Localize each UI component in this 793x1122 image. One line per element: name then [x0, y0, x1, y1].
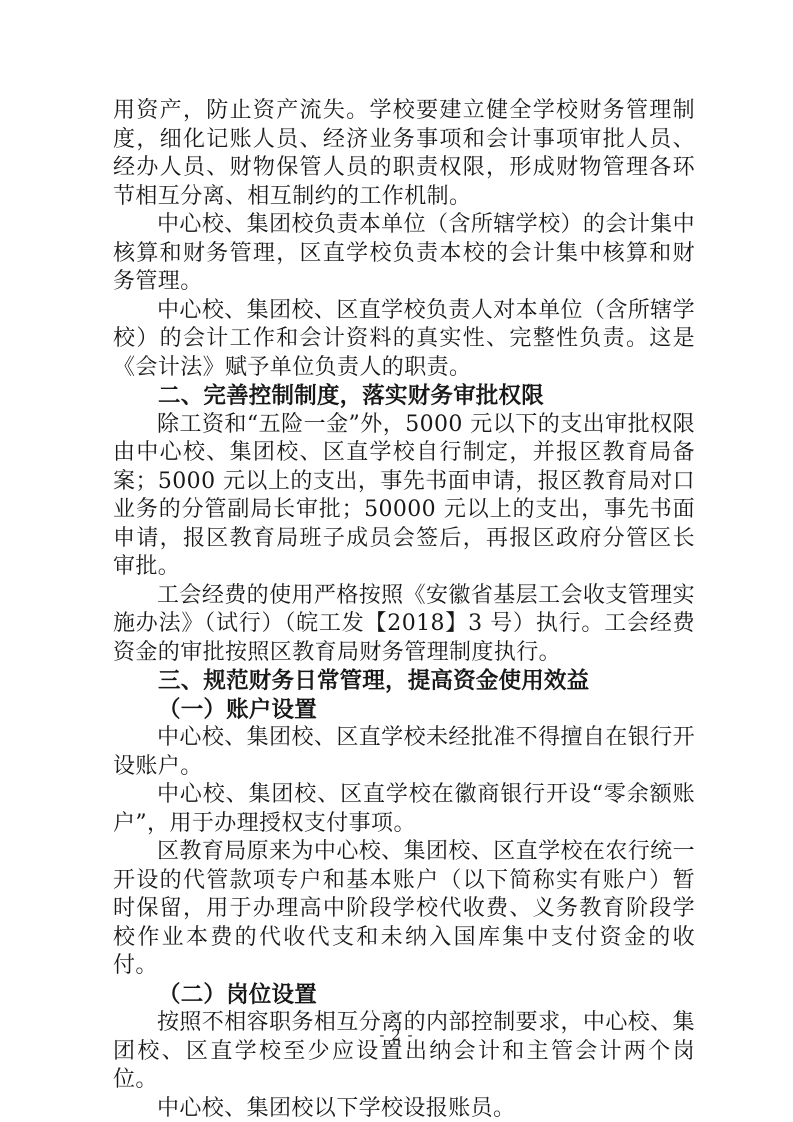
paragraph-approval-limits: 除工资和“五险一金”外，5000 元以下的支出审批权限由中心校、集团校、区直学校…: [113, 411, 695, 582]
heading-subsection-position-setup: （二）岗位设置: [113, 981, 695, 1010]
paragraph-existing-accounts: 区教育局原来为中心校、集团校、区直学校在农行统一开设的代管款项专户和基本账户（以…: [113, 838, 695, 981]
paragraph-zero-balance-account: 中心校、集团校、区直学校在徽商银行开设“零余额账户”，用于办理授权支付事项。: [113, 781, 695, 838]
document-body: 用资产，防止资产流失。学校要建立健全学校财务管理制度，细化记账人员、经济业务事项…: [113, 97, 695, 1122]
paragraph-position-requirements: 按照不相容职务相互分离的内部控制要求，中心校、集团校、区直学校至少应设置出纳会计…: [113, 1009, 695, 1095]
paragraph-asset-protection: 用资产，防止资产流失。学校要建立健全学校财务管理制度，细化记账人员、经济业务事项…: [113, 97, 695, 211]
heading-section-2: 二、完善控制制度，落实财务审批权限: [113, 382, 695, 411]
paragraph-union-funds: 工会经费的使用严格按照《安徽省基层工会收支管理实施办法》（试行）（皖工发【201…: [113, 582, 695, 668]
paragraph-leader-responsibility: 中心校、集团校、区直学校负责人对本单位（含所辖学校）的会计工作和会计资料的真实性…: [113, 297, 695, 383]
paragraph-bank-account-rule: 中心校、集团校、区直学校未经批准不得擅自在银行开设账户。: [113, 724, 695, 781]
heading-subsection-account-setup: （一）账户设置: [113, 696, 695, 725]
document-page: { "document": { "blocks": [ { "type": "b…: [0, 0, 793, 1122]
paragraph-bookkeeper: 中心校、集团校以下学校设报账员。: [113, 1095, 695, 1122]
page-number: - 2 -: [0, 1026, 793, 1044]
heading-section-3: 三、规范财务日常管理，提高资金使用效益: [113, 667, 695, 696]
paragraph-centralized-accounting: 中心校、集团校负责本单位（含所辖学校）的会计集中核算和财务管理，区直学校负责本校…: [113, 211, 695, 297]
